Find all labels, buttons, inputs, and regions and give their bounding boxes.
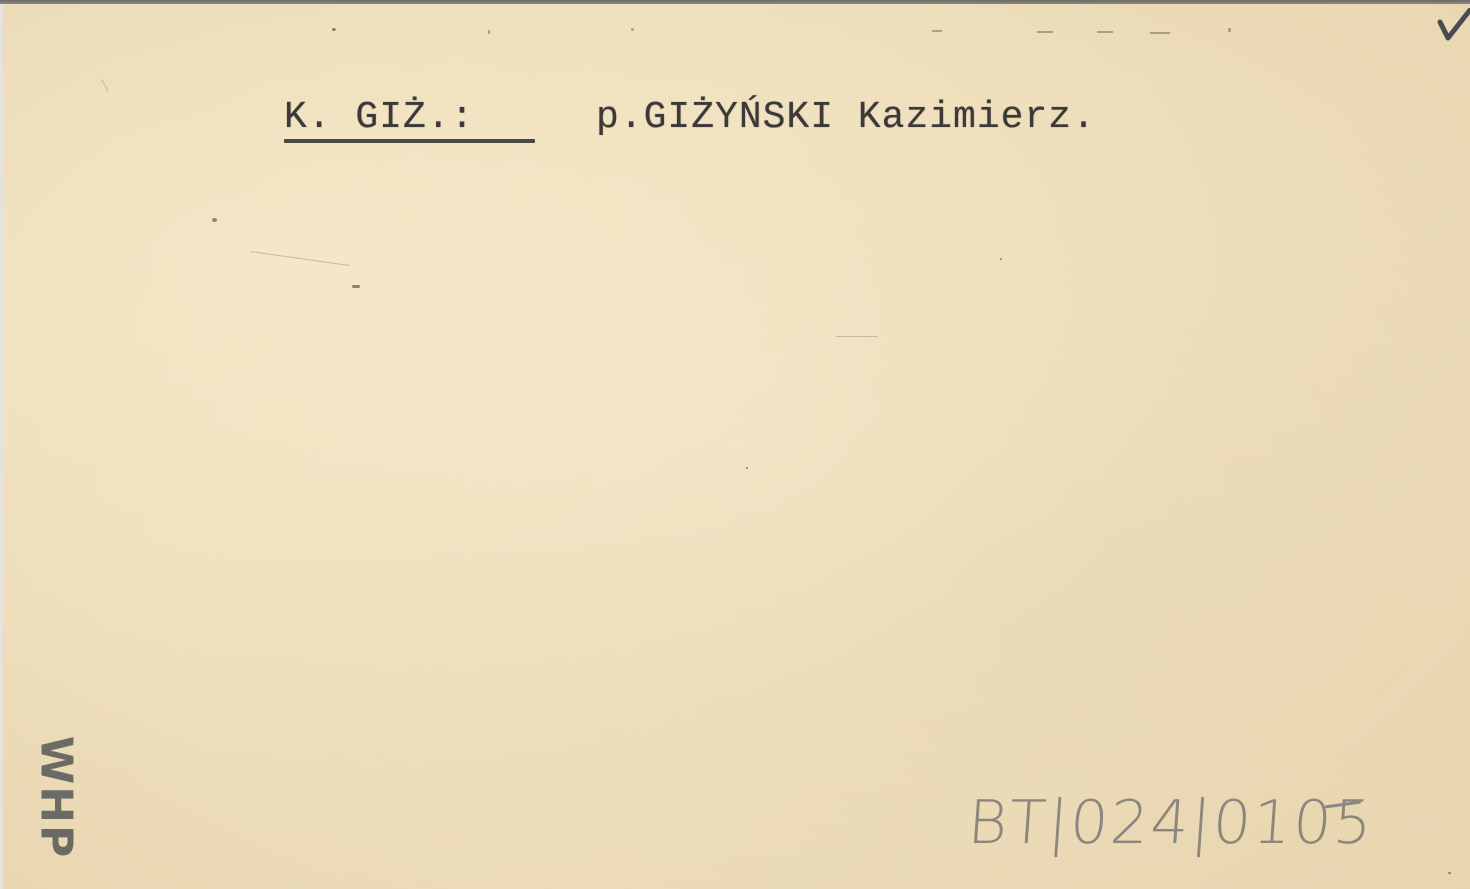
paper-fiber: [250, 251, 349, 266]
paper-speck: [1000, 258, 1002, 260]
paper-speck: [332, 28, 335, 31]
paper-fiber: [101, 79, 109, 92]
paper-speck: [746, 467, 748, 469]
heading-abbreviation: K. GIŻ.:: [284, 96, 474, 139]
check-mark-icon: [1436, 8, 1470, 44]
bleed-mark: [932, 30, 942, 32]
archive-number: BT|024|0105: [966, 788, 1376, 858]
paper-speck: [212, 218, 217, 222]
bleed-mark: [488, 30, 490, 34]
heading-underline: [284, 139, 535, 143]
card-top-edge: [0, 0, 1470, 4]
paper-speck: [1448, 872, 1451, 874]
bleed-mark: [1097, 31, 1113, 33]
heading-reference: p.GIŻYŃSKI Kazimierz.: [596, 96, 1096, 139]
paper-speck: [352, 285, 360, 288]
bleed-mark: [1037, 31, 1053, 33]
paper-fiber: [836, 336, 878, 337]
bleed-mark: [1228, 28, 1231, 32]
bleed-mark: [1150, 32, 1170, 34]
bleed-mark: [631, 28, 634, 31]
side-annotation: WHP: [30, 736, 81, 860]
card-left-edge: [0, 4, 3, 889]
index-card: K. GIŻ.: p.GIŻYŃSKI Kazimierz. WHP BT|02…: [0, 0, 1470, 889]
